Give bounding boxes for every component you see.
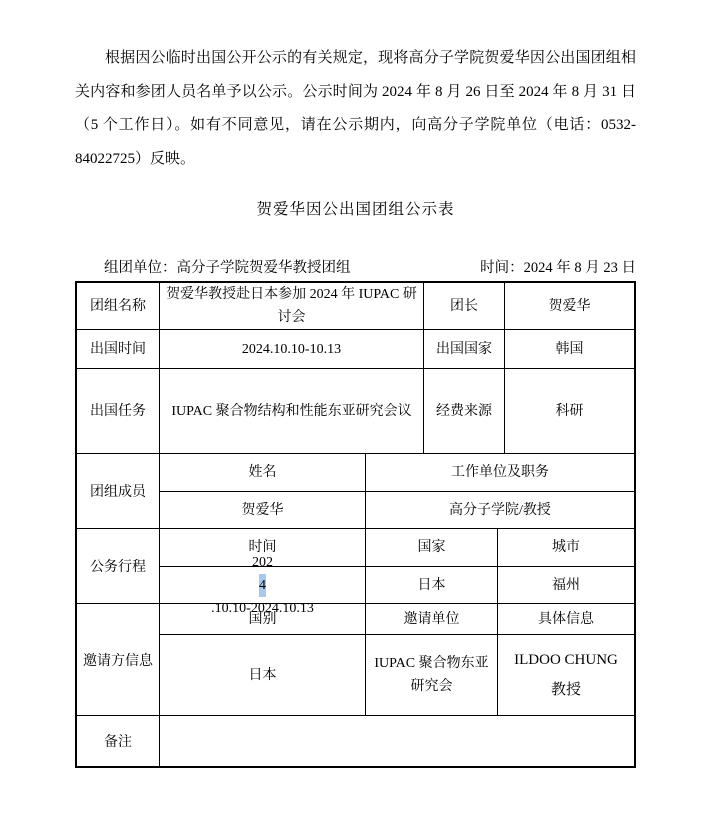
inviter-org-value: IUPAC 聚合物东亚研究会 — [366, 635, 498, 715]
table-row: 时间 国家 城市 — [160, 529, 634, 567]
destination-country-value: 韩国 — [505, 330, 634, 368]
table-meta-row: 组团单位：高分子学院贺爱华教授团组 时间：2024 年 8 月 23 日 — [75, 256, 636, 277]
itinerary-city-value: 福州 — [498, 567, 634, 603]
destination-country-label: 出国国家 — [424, 330, 505, 368]
date-label: 时间：2024 年 8 月 23 日 — [480, 256, 636, 277]
member-affiliation-header: 工作单位及职务 — [366, 454, 634, 491]
table-section-members: 团组成员 姓名 工作单位及职务 贺爱华 高分子学院/教授 — [77, 454, 634, 529]
text-selection-highlight: 4 — [259, 574, 266, 597]
table-section-notes: 备注 — [77, 716, 634, 766]
inviter-detail-name: ILDOO CHUNG — [514, 645, 618, 675]
table-row: 2024.10.10-2024.10.13 日本 福州 — [160, 567, 634, 603]
member-name-value: 贺爱华 — [160, 492, 366, 528]
inviter-label: 邀请方信息 — [77, 604, 160, 715]
member-name-header: 姓名 — [160, 454, 366, 491]
itinerary-time-value: 2024.10.10-2024.10.13 — [160, 567, 366, 603]
leader-value: 贺爱华 — [505, 283, 634, 329]
table-row: 姓名 工作单位及职务 — [160, 454, 634, 492]
inviter-detail-header: 具体信息 — [498, 604, 634, 634]
table-section-general: 团组名称 贺爱华教授赴日本参加 2024 年 IUPAC 研讨会 团长 贺爱华 … — [77, 283, 634, 454]
group-name-value: 贺爱华教授赴日本参加 2024 年 IUPAC 研讨会 — [160, 283, 424, 329]
table-section-itinerary: 公务行程 时间 国家 城市 2024.10.10-2024.10.13 日本 福… — [77, 529, 634, 604]
table-row: 日本 IUPAC 聚合物东亚研究会 ILDOO CHUNG 教授 — [160, 635, 634, 715]
funding-source-label: 经费来源 — [424, 369, 505, 453]
inviter-org-header: 邀请单位 — [366, 604, 498, 634]
departure-time-label: 出国时间 — [77, 330, 160, 368]
table-section-inviter: 邀请方信息 国别 邀请单位 具体信息 日本 IUPAC 聚合物东亚研究会 ILD… — [77, 604, 634, 716]
notes-value — [160, 716, 634, 766]
table-row — [160, 716, 634, 766]
departure-time-value: 2024.10.10-10.13 — [160, 330, 424, 368]
group-name-label: 团组名称 — [77, 283, 160, 329]
document-page: 根据因公临时出国公开公示的有关规定，现将高分子学院贺爱华因公出国团组相关内容和参… — [0, 0, 710, 828]
inviter-country-header: 国别 — [160, 604, 366, 634]
leader-label: 团长 — [424, 283, 505, 329]
publicity-table: 团组名称 贺爱华教授赴日本参加 2024 年 IUPAC 研讨会 团长 贺爱华 … — [75, 281, 636, 768]
itinerary-label: 公务行程 — [77, 529, 160, 603]
table-row: 出国时间 2024.10.10-10.13 出国国家 韩国 — [77, 330, 634, 369]
itinerary-country-value: 日本 — [366, 567, 498, 603]
table-row: 出国任务 IUPAC 聚合物结构和性能东亚研究会议 经费来源 科研 — [77, 369, 634, 453]
table-row: 团组名称 贺爱华教授赴日本参加 2024 年 IUPAC 研讨会 团长 贺爱华 — [77, 283, 634, 330]
itinerary-city-header: 城市 — [498, 529, 634, 566]
members-label: 团组成员 — [77, 454, 160, 528]
time-text-before: 202 — [252, 551, 273, 574]
table-row: 贺爱华 高分子学院/教授 — [160, 492, 634, 528]
inviter-detail-title: 教授 — [551, 675, 581, 705]
mission-value: IUPAC 聚合物结构和性能东亚研究会议 — [160, 369, 424, 453]
member-affiliation-value: 高分子学院/教授 — [366, 492, 634, 528]
inviter-country-value: 日本 — [160, 635, 366, 715]
mission-label: 出国任务 — [77, 369, 160, 453]
page-title: 贺爱华因公出国团组公示表 — [75, 197, 636, 219]
org-unit-label: 组团单位：高分子学院贺爱华教授团组 — [75, 256, 351, 277]
table-row: 国别 邀请单位 具体信息 — [160, 604, 634, 635]
inviter-detail-value: ILDOO CHUNG 教授 — [498, 635, 634, 715]
notes-label: 备注 — [77, 716, 160, 766]
funding-source-value: 科研 — [505, 369, 634, 453]
intro-paragraph: 根据因公临时出国公开公示的有关规定，现将高分子学院贺爱华因公出国团组相关内容和参… — [75, 42, 636, 176]
itinerary-country-header: 国家 — [366, 529, 498, 566]
